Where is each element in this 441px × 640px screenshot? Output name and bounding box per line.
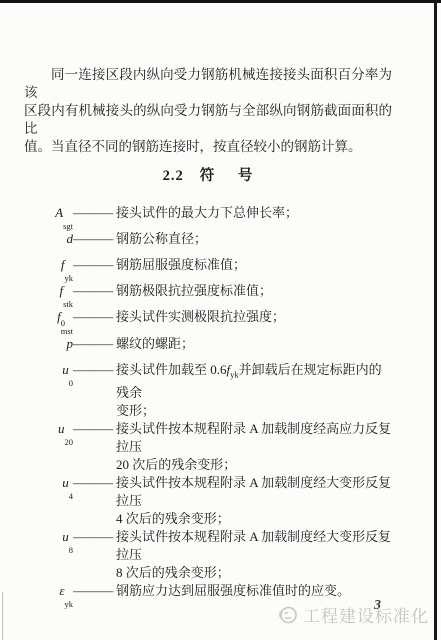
symbol-entry: d —— 钢筋公称直径； xyxy=(24,230,392,256)
symbol-term: u20 xyxy=(24,420,73,446)
em-dash: —— xyxy=(73,474,116,492)
section-title: 符 号 xyxy=(200,168,254,184)
symbol-definition: 接头试件加载至 0.6fyk并卸载后在规定标距内的残余 变形； xyxy=(116,361,392,420)
symbol-entry: Asgt —— 接头试件的最大力下总伸长率； xyxy=(24,204,392,230)
symbol-term: d xyxy=(24,230,73,256)
symbol-entry: f0mst —— 接头试件实测极限抗拉强度； xyxy=(24,308,392,335)
section-heading: 2.2符 号 xyxy=(24,166,392,186)
em-dash: —— xyxy=(73,230,116,248)
section-number: 2.2 xyxy=(163,168,184,184)
symbol-entry: p —— 螺纹的螺距； xyxy=(24,335,392,361)
symbol-definition: 钢筋屈服强度标准值； xyxy=(116,256,392,274)
em-dash: —— xyxy=(73,282,116,300)
symbol-entry: fstk —— 钢筋极限抗拉强度标准值； xyxy=(24,282,392,308)
symbol-term: u4 xyxy=(24,474,73,500)
symbol-term: p xyxy=(24,335,73,361)
symbol-term: Asgt xyxy=(24,204,73,230)
symbol-definition: 螺纹的螺距； xyxy=(116,335,392,353)
symbol-definition: 接头试件按本规程附录 A 加载制度经大变形反复拉压 8 次后的残余变形； xyxy=(116,528,392,582)
page-content: 同一连接区段内纵向受力钢筋机械连接接头面积百分率为该 区段内有机械接头的纵向受力… xyxy=(24,66,392,608)
symbol-entry: u0 —— 接头试件加载至 0.6fyk并卸载后在规定标距内的残余 变形； xyxy=(24,361,392,420)
symbol-term: u0 xyxy=(24,361,73,387)
symbol-entry: u20 —— 接头试件按本规程附录 A 加载制度经高应力反复拉压 20 次后的残… xyxy=(24,420,392,474)
scan-top-border xyxy=(0,0,441,3)
em-dash: —— xyxy=(73,420,116,438)
symbol-term: f0mst xyxy=(24,308,73,335)
symbol-list: Asgt —— 接头试件的最大力下总伸长率； d —— 钢筋公称直径； fyk … xyxy=(24,204,392,608)
symbol-term: u8 xyxy=(24,528,73,554)
em-dash: —— xyxy=(73,582,116,600)
em-dash: —— xyxy=(73,256,116,274)
em-dash: —— xyxy=(73,528,116,546)
symbol-definition: 接头试件的最大力下总伸长率； xyxy=(116,204,392,222)
symbol-entry: u8 —— 接头试件按本规程附录 A 加载制度经大变形反复拉压 8 次后的残余变… xyxy=(24,528,392,582)
symbol-term: εyk xyxy=(24,582,73,608)
intro-paragraph: 同一连接区段内纵向受力钢筋机械连接接头面积百分率为该 区段内有机械接头的纵向受力… xyxy=(24,66,392,156)
symbol-definition: 接头试件按本规程附录 A 加载制度经大变形反复拉压 4 次后的残余变形； xyxy=(116,474,392,528)
symbol-term: fstk xyxy=(24,282,73,308)
scan-right-border xyxy=(434,0,437,640)
symbol-definition: 接头试件按本规程附录 A 加载制度经高应力反复拉压 20 次后的残余变形； xyxy=(116,420,392,474)
em-dash: —— xyxy=(73,204,116,222)
symbol-definition: 钢筋应力达到屈服强度标准值时的应变。 xyxy=(116,582,392,600)
watermark-text: 工程建设标准化 xyxy=(303,602,429,627)
symbol-definition: 钢筋公称直径； xyxy=(116,230,392,248)
watermark-logo-icon xyxy=(278,605,298,625)
watermark: 工程建设标准化 xyxy=(278,602,429,627)
symbol-entry: u4 —— 接头试件按本规程附录 A 加载制度经大变形反复拉压 4 次后的残余变… xyxy=(24,474,392,528)
em-dash: —— xyxy=(73,308,116,326)
symbol-definition: 接头试件实测极限抗拉强度； xyxy=(116,308,392,326)
em-dash: —— xyxy=(73,361,116,379)
symbol-term: fyk xyxy=(24,256,73,282)
scan-edge-artifact xyxy=(2,592,3,640)
em-dash: —— xyxy=(73,335,116,353)
scanned-document-page: 同一连接区段内纵向受力钢筋机械连接接头面积百分率为该 区段内有机械接头的纵向受力… xyxy=(0,0,441,640)
symbol-entry: fyk —— 钢筋屈服强度标准值； xyxy=(24,256,392,282)
symbol-definition: 钢筋极限抗拉强度标准值； xyxy=(116,282,392,300)
